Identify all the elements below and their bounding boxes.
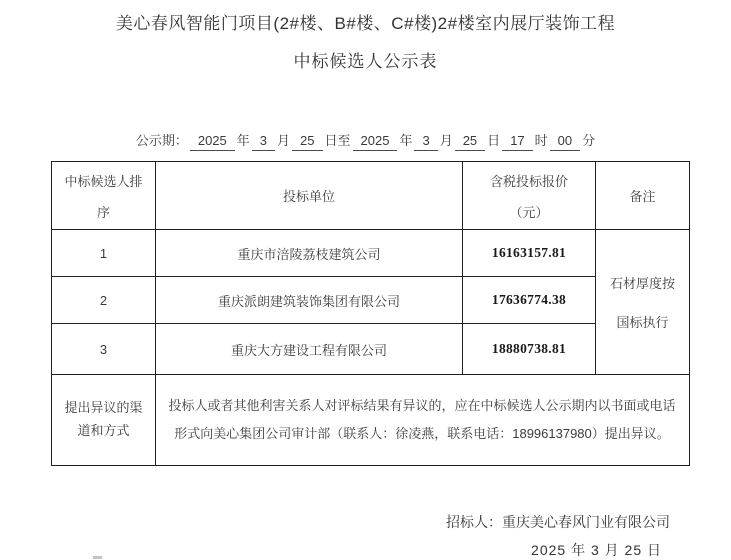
bidder-cell: 重庆大方建设工程有限公司 [156, 324, 463, 375]
objection-label-line1: 提出异议的渠 [52, 397, 155, 420]
period-end-day-unit: 日 [485, 130, 502, 149]
period-month-unit: 月 [275, 130, 292, 149]
header-price-line2: （元） [463, 202, 595, 221]
rank-cell: 2 [52, 277, 156, 324]
period-start-year: 2025 [190, 133, 235, 151]
period-start-month: 3 [252, 133, 275, 151]
header-price: 含税投标报价 （元） [463, 162, 596, 230]
objection-label-cell: 提出异议的渠 道和方式 [52, 375, 156, 466]
table-row: 3 重庆大方建设工程有限公司 18880738.81 [52, 324, 690, 375]
period-label: 公示期： [134, 130, 190, 149]
objection-label-line2: 道和方式 [52, 420, 155, 443]
document-title-line1: 美心春风智能门项目(2#楼、B#楼、C#楼)2#楼室内展厅装饰工程 [0, 9, 731, 34]
rank-cell: 1 [52, 230, 156, 277]
rank-cell: 3 [52, 324, 156, 375]
period-end-minute: 00 [550, 133, 580, 151]
candidates-table: 中标候选人排 序 投标单位 含税投标报价 （元） 备注 1 重庆市涪陵荔枝建筑公… [51, 161, 690, 466]
header-bidder: 投标单位 [156, 162, 463, 230]
objection-row: 提出异议的渠 道和方式 投标人或者其他利害关系人对评标结果有异议的，应在中标候选… [52, 375, 690, 466]
price-value: 16163157.81 [492, 245, 566, 260]
header-rank-line1: 中标候选人排 [52, 171, 155, 190]
scrollbar-artifact [93, 556, 102, 559]
period-day-to: 日至 [323, 130, 353, 149]
period-end-hour: 17 [502, 133, 532, 151]
price-cell: 18880738.81 [463, 324, 596, 375]
period-end-year: 2025 [353, 133, 398, 151]
header-remark: 备注 [596, 162, 690, 230]
period-end-day: 25 [455, 133, 485, 151]
period-hour-unit: 时 [533, 130, 550, 149]
remark-line2: 国标执行 [596, 312, 689, 331]
document-title-line2: 中标候选人公示表 [0, 47, 731, 72]
remark-line1: 石材厚度按 [596, 273, 689, 292]
announcement-document: 美心春风智能门项目(2#楼、B#楼、C#楼)2#楼室内展厅装饰工程 中标候选人公… [0, 0, 731, 560]
bidder-cell: 重庆派朗建筑装饰集团有限公司 [156, 277, 463, 324]
tenderer-line: 招标人：重庆美心春风门业有限公司 [446, 511, 670, 534]
header-price-line1: 含税投标报价 [463, 171, 595, 190]
period-year-unit: 年 [235, 130, 252, 149]
price-value: 17636774.38 [492, 292, 566, 307]
publicity-period-line: 公示期：2025年3月25日至2025年3月25日17时00分 [0, 130, 731, 151]
date-line: 2025 年 3 月 25 日 [446, 539, 670, 560]
period-end-month: 3 [414, 133, 437, 151]
price-cell: 17636774.38 [463, 277, 596, 324]
footer-block: 招标人：重庆美心春风门业有限公司 2025 年 3 月 25 日 [446, 511, 670, 560]
period-start-day: 25 [292, 133, 322, 151]
table-row: 2 重庆派朗建筑装饰集团有限公司 17636774.38 [52, 277, 690, 324]
header-rank: 中标候选人排 序 [52, 162, 156, 230]
objection-text-cell: 投标人或者其他利害关系人对评标结果有异议的，应在中标候选人公示期内以书面或电话形… [156, 375, 690, 466]
remark-merged-cell: 石材厚度按 国标执行 [596, 230, 690, 375]
period-end-year-unit: 年 [397, 130, 414, 149]
period-end-month-unit: 月 [438, 130, 455, 149]
table-row: 1 重庆市涪陵荔枝建筑公司 16163157.81 石材厚度按 国标执行 [52, 230, 690, 277]
price-value: 18880738.81 [492, 341, 566, 356]
bidder-cell: 重庆市涪陵荔枝建筑公司 [156, 230, 463, 277]
header-rank-line2: 序 [52, 202, 155, 221]
price-cell: 16163157.81 [463, 230, 596, 277]
table-header-row: 中标候选人排 序 投标单位 含税投标报价 （元） 备注 [52, 162, 690, 230]
period-minute-unit: 分 [580, 130, 597, 149]
